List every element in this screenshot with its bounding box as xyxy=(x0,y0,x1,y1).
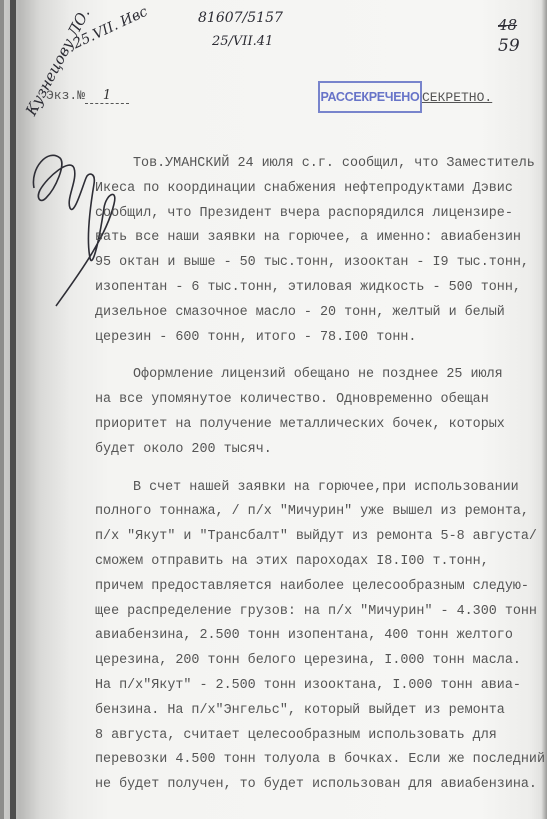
letter-body: Тов.УМАНСКИЙ 24 июля с.г. сообщил, что З… xyxy=(95,152,545,798)
text-line: полного тоннажа, / п/х "Мичурин" уже выш… xyxy=(95,500,545,525)
text-line: дизельное смазочное масло - 20 тонн, жел… xyxy=(95,301,545,326)
text-line: Икеса по координации снабжения нефтепрод… xyxy=(95,177,545,202)
text-line: церезина, 200 тонн белого церезина, I.00… xyxy=(95,649,545,674)
copy-number: 1 xyxy=(85,88,129,104)
document-page: Кузнецову ЛО. 25.VII. Ивс 81607/5157 25/… xyxy=(0,0,547,819)
text-line: вать все наши заявки на горючее, а именн… xyxy=(95,226,545,251)
paragraph-gap xyxy=(95,463,545,476)
text-line: сообщил, что Президент вчера распорядилс… xyxy=(95,202,545,227)
text-line: щее распределение грузов: на п/х "Мичури… xyxy=(95,600,545,625)
paragraph: Оформление лицензий обещано не позднее 2… xyxy=(95,363,545,462)
text-line: п/х "Якут" и "Трансбалт" выйдут из ремон… xyxy=(95,525,545,550)
text-line: Оформление лицензий обещано не позднее 2… xyxy=(95,363,545,388)
text-line: сможем отправить на этих пароходах I8.I0… xyxy=(95,550,545,575)
text-line: В счет нашей заявки на горючее,при испол… xyxy=(95,476,545,501)
text-line: церезин - 600 тонн, итого - 78.I00 тонн. xyxy=(95,326,545,351)
text-line: перевозки 4.500 тонн толуола в бочках. Е… xyxy=(95,748,545,773)
copy-label: Экз.№ xyxy=(46,88,85,103)
text-line: бензина. На п/х"Энгельс", который выйдет… xyxy=(95,699,545,724)
text-line: не будет получен, то будет использован д… xyxy=(95,773,545,798)
text-line: Тов.УМАНСКИЙ 24 июля с.г. сообщил, что З… xyxy=(95,152,545,177)
text-line: 8 августа, считает целесообразным исполь… xyxy=(95,724,545,749)
paragraph: Тов.УМАНСКИЙ 24 июля с.г. сообщил, что З… xyxy=(95,152,545,350)
paragraph-gap xyxy=(95,350,545,363)
text-line: приоритет на получение металлических боч… xyxy=(95,413,545,438)
classification-label: СЕКРЕТНО. xyxy=(422,90,492,105)
text-line: На п/х"Якут" - 2.500 тонн изооктана, I.0… xyxy=(95,674,545,699)
text-line: на все упомянутое количество. Одновремен… xyxy=(95,388,545,413)
text-line: будет около 200 тысяч. xyxy=(95,438,545,463)
sheet-number-new: 59 xyxy=(498,36,520,56)
text-line: 95 октан и выше - 50 тыс.тонн, изооктан … xyxy=(95,251,545,276)
paragraph: В счет нашей заявки на горючее,при испол… xyxy=(95,476,545,798)
sheet-number-old: 48 xyxy=(498,16,517,34)
binding-edge xyxy=(0,0,4,819)
text-line: изопентан - 6 тыс.тонн, этиловая жидкост… xyxy=(95,276,545,301)
copy-number-field: Экз.№1 xyxy=(46,88,129,104)
binding-spine xyxy=(10,0,16,819)
declassified-stamp: РАССЕКРЕЧЕНО xyxy=(318,81,422,113)
text-line: авиабензина, 2.500 тонн изопентана, 400 … xyxy=(95,624,545,649)
registration-date: 25/VII.41 xyxy=(212,34,273,49)
text-line: причем предоставляется наиболее целесооб… xyxy=(95,575,545,600)
registration-number: 81607/5157 xyxy=(198,10,283,26)
